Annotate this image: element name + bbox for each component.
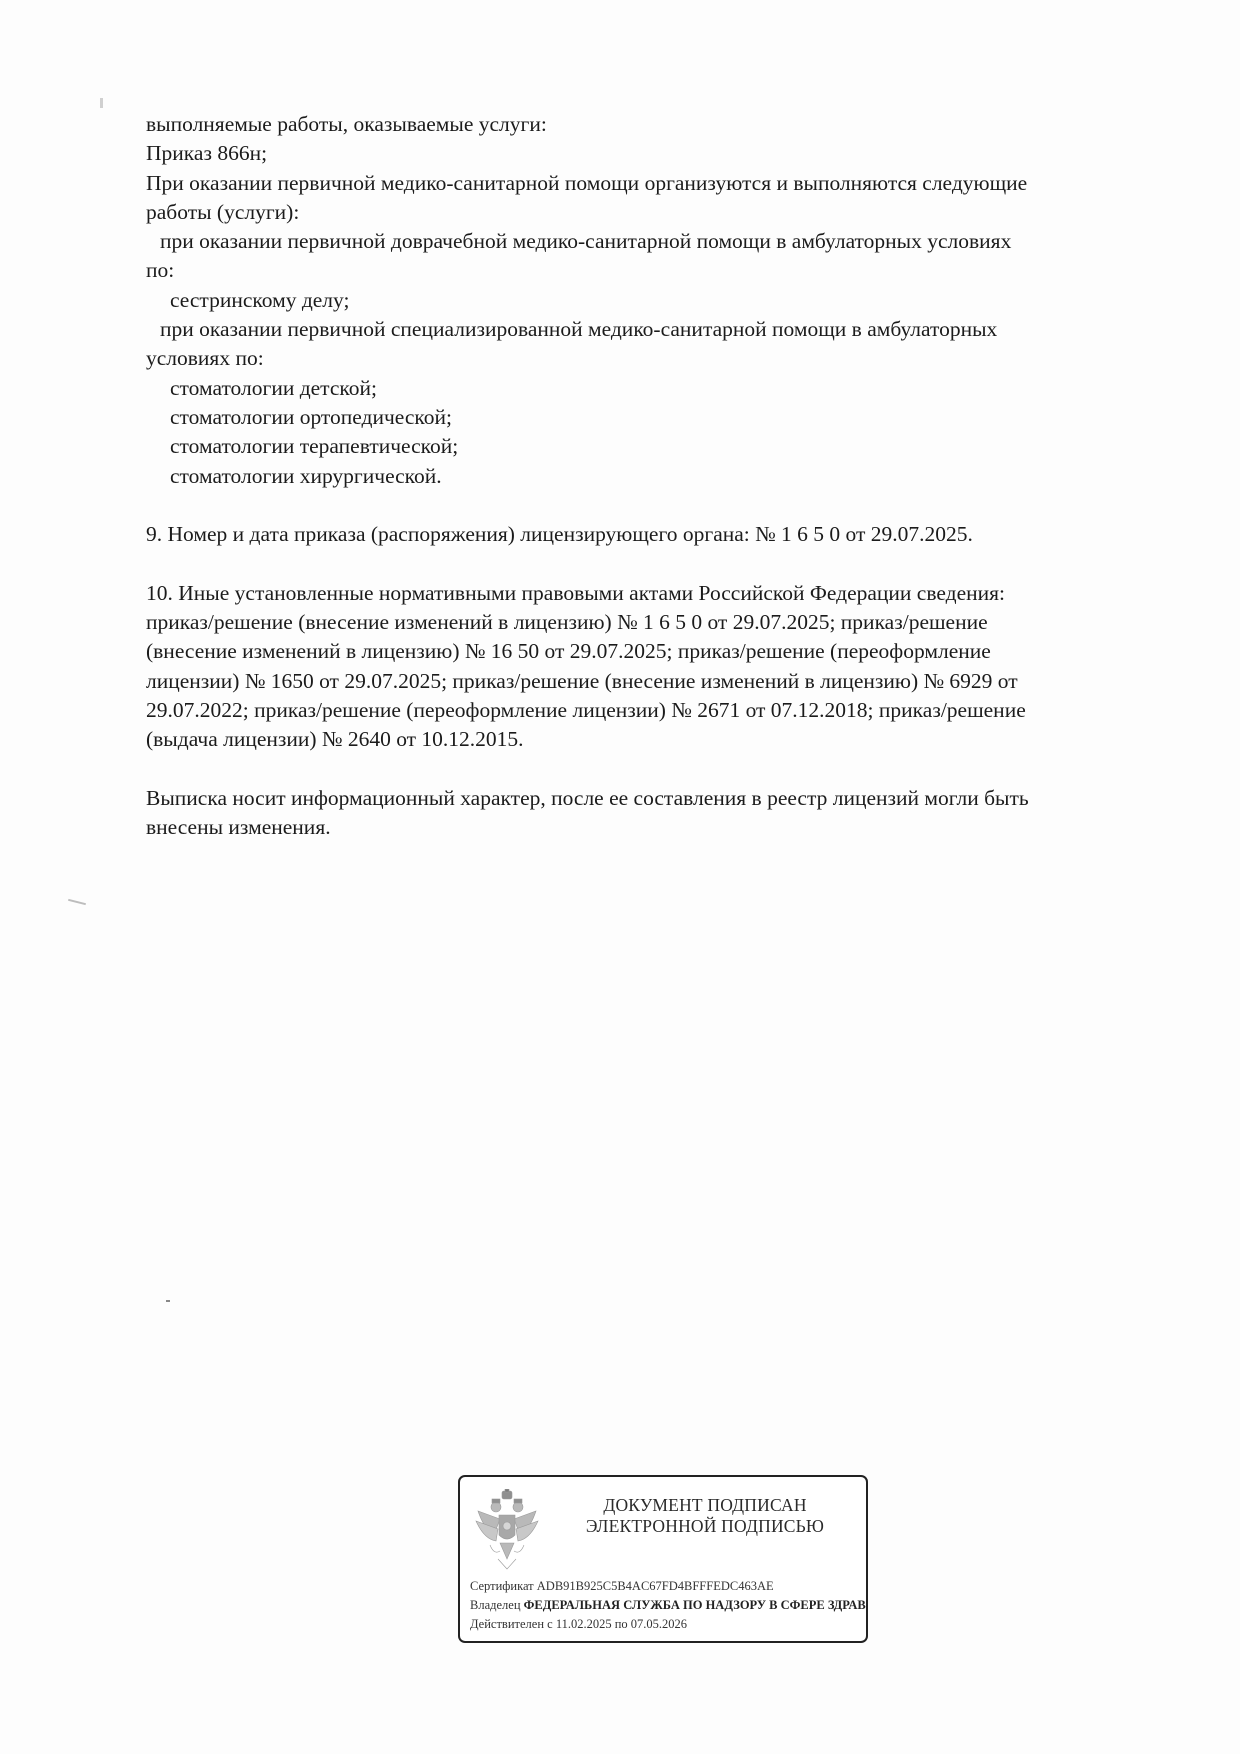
validity-value: с 11.02.2025 по 07.05.2026 [547, 1617, 687, 1631]
stamp-title: ДОКУМЕНТ ПОДПИСАН ЭЛЕКТРОННОЙ ПОДПИСЬЮ [560, 1495, 850, 1537]
disclaimer-line: Выписка носит информационный характер, п… [146, 784, 1166, 813]
stamp-details: Сертификат ADB91B925C5B4AC67FD4BFFFEDC46… [470, 1577, 868, 1634]
validity-label: Действителен [470, 1617, 544, 1631]
stamp-title-line: ЭЛЕКТРОННОЙ ПОДПИСЬЮ [560, 1516, 850, 1537]
list-item: стоматологии хирургической. [146, 462, 1166, 491]
list-item: стоматологии терапевтической; [146, 432, 1166, 461]
section-10-line: (внесение изменений в лицензию) № 16 50 … [146, 637, 1166, 666]
text-line: выполняемые работы, оказываемые услуги: [146, 110, 1166, 139]
section-10-line: лицензии) № 1650 от 29.07.2025; приказ/р… [146, 667, 1166, 696]
section-10-line: (выдача лицензии) № 2640 от 10.12.2015. [146, 725, 1166, 754]
electronic-signature-stamp: ДОКУМЕНТ ПОДПИСАН ЭЛЕКТРОННОЙ ПОДПИСЬЮ С… [458, 1475, 868, 1643]
text-line: при оказании первичной доврачебной медик… [146, 227, 1166, 256]
list-item: стоматологии ортопедической; [146, 403, 1166, 432]
list-item: сестринскому делу; [146, 286, 1166, 315]
scan-artifact [68, 899, 86, 905]
document-page: выполняемые работы, оказываемые услуги: … [0, 0, 1240, 1754]
text-line: Приказ 866н; [146, 139, 1166, 168]
section-10-line: приказ/решение (внесение изменений в лиц… [146, 608, 1166, 637]
section-10-line: 10. Иные установленные нормативными прав… [146, 579, 1166, 608]
owner-row: Владелец ФЕДЕРАЛЬНАЯ СЛУЖБА ПО НАДЗОРУ В… [470, 1596, 868, 1615]
owner-label: Владелец [470, 1598, 521, 1612]
validity-row: Действителен с 11.02.2025 по 07.05.2026 [470, 1615, 868, 1634]
owner-value: ФЕДЕРАЛЬНАЯ СЛУЖБА ПО НАДЗОРУ В СФЕРЕ ЗД… [524, 1598, 868, 1612]
list-item: стоматологии детской; [146, 374, 1166, 403]
text-line: условиях по: [146, 344, 1166, 373]
russian-coat-of-arms-icon [474, 1489, 540, 1571]
certificate-label: Сертификат [470, 1579, 534, 1593]
text-line: работы (услуги): [146, 198, 1166, 227]
certificate-value: ADB91B925C5B4AC67FD4BFFFEDC463AE [537, 1579, 774, 1593]
document-body: выполняемые работы, оказываемые услуги: … [146, 110, 1166, 842]
disclaimer-line: внесены изменения. [146, 813, 1166, 842]
certificate-row: Сертификат ADB91B925C5B4AC67FD4BFFFEDC46… [470, 1577, 868, 1596]
scan-artifact [166, 1300, 170, 1302]
text-line: При оказании первичной медико-санитарной… [146, 169, 1166, 198]
text-line: при оказании первичной специализированно… [146, 315, 1166, 344]
section-10-line: 29.07.2022; приказ/решение (переоформлен… [146, 696, 1166, 725]
scan-artifact [100, 98, 103, 108]
text-line: по: [146, 256, 1166, 285]
stamp-title-line: ДОКУМЕНТ ПОДПИСАН [560, 1495, 850, 1516]
section-9: 9. Номер и дата приказа (распоряжения) л… [146, 520, 1166, 549]
